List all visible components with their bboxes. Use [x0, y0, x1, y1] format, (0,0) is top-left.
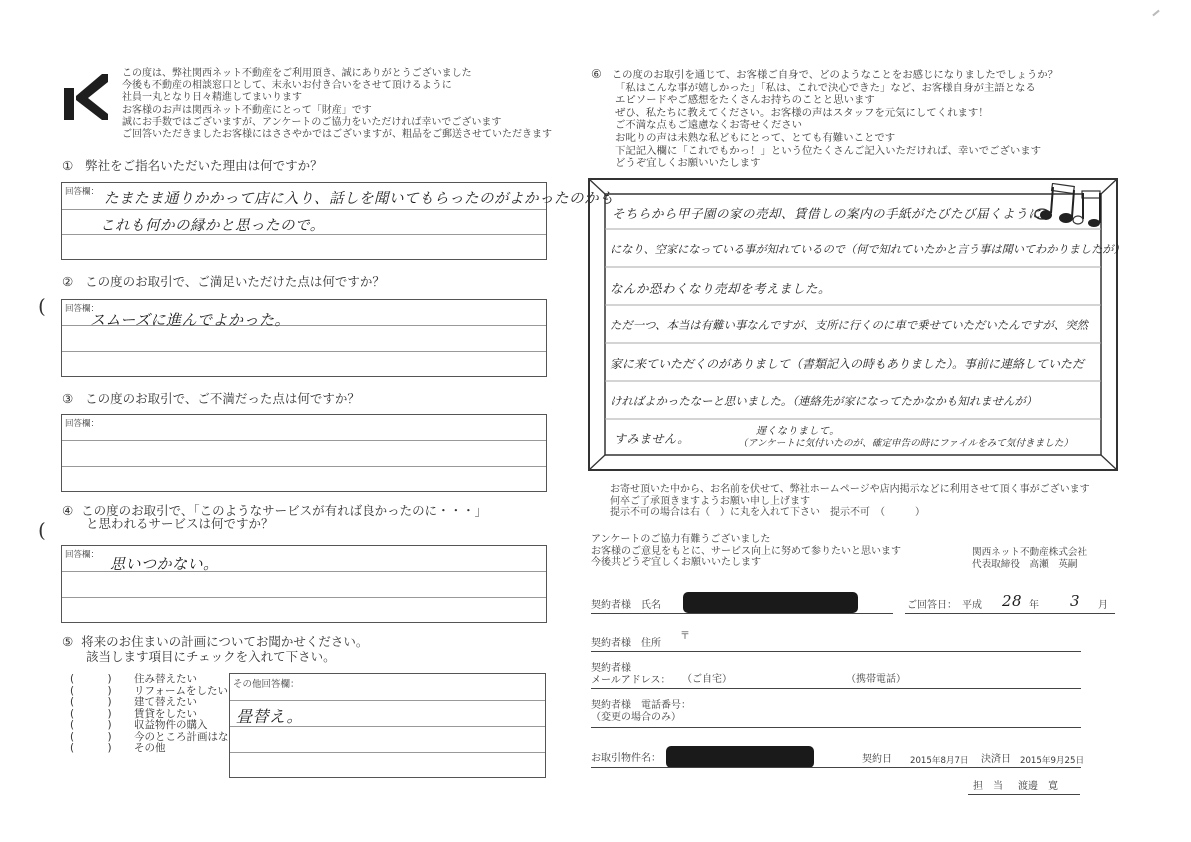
question-text: と思われるサービスは何ですか？: [62, 517, 487, 530]
handwritten-comment-line: ければよかったなーと思いました。（連絡先が家になってたかなかも知れませんが）: [610, 393, 1037, 409]
phone-label-line: 契約者様 電話番号：: [591, 700, 691, 712]
checkbox-parens[interactable]: ( ): [70, 674, 134, 686]
address-field[interactable]: [591, 651, 1081, 652]
email-mobile-label: （携帯電話）: [846, 674, 906, 686]
answer-box-4[interactable]: 回答欄： 思いつかない。: [61, 545, 547, 623]
handwritten-comment-line: ただ一つ、本当は有難い事なんですが、支所に行くのに車で乗せていただいたんですが、…: [610, 317, 1088, 333]
handwritten-answer: たまたま通りかかって店に入り、話しを聞いてもらったのがよかったのかも: [104, 187, 614, 208]
date-underline: [905, 613, 1115, 614]
company-logo: [64, 74, 108, 120]
question-text: ご不満な点もご遠慮なくお寄せください: [591, 119, 1058, 132]
question-text: 「私はこんな事が嬉しかった」「私は、これで決心できた」など、お客様自身が主語とな…: [591, 82, 1058, 95]
intro-line: ご回答いただきましたお客様にはささやかではございますが、粗品をご郵送させていただ…: [122, 129, 552, 141]
thanks-line: お客様のご意見をもとに、サービス向上に努めて参りたいと思います: [591, 546, 901, 558]
name-underline: [591, 613, 893, 614]
question-text: お叱りの声は未熟な私どもにとって、とても有難いことです: [591, 132, 1058, 145]
checkbox-parens[interactable]: ( ): [70, 697, 134, 709]
question-2: ② この度のお取引で、ご満足いただけた点は何ですか？: [62, 272, 385, 290]
checkbox-parens[interactable]: ( ): [70, 720, 134, 732]
question-number: ①: [62, 158, 73, 173]
disclosure-line: お寄せ頂いた中から、お名前を伏せて、弊社ホームページや店内掲示などに利用させて頂…: [610, 484, 1090, 496]
email-label-line: メールアドレス：: [591, 675, 671, 687]
checkbox-parens[interactable]: ( ): [70, 743, 134, 755]
disclosure-line[interactable]: 提示不可の場合は右（ ）に丸を入れて下さい 提示不可 （ ）: [610, 507, 1090, 519]
question-3: ③ この度のお取引で、ご不満だった点は何ですか？: [62, 389, 360, 407]
contract-date: 2015年8月7日: [910, 755, 969, 767]
question-text: ぜひ、私たちに教えてください。お客様の声はスタッフを元気にしてくれます！: [591, 107, 1058, 120]
handwritten-comment-line: になり、空家になっている事が知れているので（何で知れていたかと言う事は聞いてわか…: [610, 241, 1125, 257]
answer-label: 回答欄：: [65, 548, 99, 560]
phone-label-line: （変更の場合のみ）: [591, 712, 691, 724]
intro-line: 社員一丸となり日々精進してまいります: [122, 92, 552, 104]
question-text: 将来のお住まいの計画についてお聞かせください。: [81, 634, 368, 649]
plan-option-label: 住み替えたい: [134, 673, 197, 685]
question-text: この度のお取引で、ご満足いただけた点は何ですか？: [85, 274, 385, 289]
answer-label: 回答欄：: [65, 417, 99, 429]
handwritten-answer: 畳替え。: [236, 704, 303, 727]
thanks-message: アンケートのご協力有難うございました お客様のご意見をもとに、サービス向上に努め…: [591, 534, 901, 569]
question-4: ④ この度のお取引で、「このようなサービスが有れば良かったのに・・・」 と思われ…: [62, 504, 487, 530]
handwritten-answer: スムーズに進んでよかった。: [90, 309, 290, 330]
handwritten-comment-line: 家に来ていただくのがありまして（書類記入の時もありました）。事前に連絡していただ: [610, 355, 1084, 372]
handwritten-note: （アンケートに気付いたのが、確定申告の時にファイルをみて気付きました）: [738, 435, 1073, 449]
answer-date-era: 平成: [962, 600, 982, 612]
staff-underline: [968, 794, 1080, 795]
intro-text: この度は、弊社関西ネット不動産をご利用頂き、誠にありがとうございました 今後も不…: [122, 68, 552, 141]
question-number: ⑥: [591, 67, 602, 81]
other-answer-box[interactable]: その他回答欄： 畳替え。: [229, 673, 546, 778]
handwritten-answer: これも何かの縁かと思ったので。: [100, 214, 325, 235]
question-number: ④: [62, 503, 73, 518]
answer-box-2[interactable]: 回答欄： スムーズに進んでよかった。: [61, 299, 547, 377]
month-unit: 月: [1098, 600, 1108, 612]
company-signature: 関西ネット不動産株式会社 代表取締役 高瀬 英嗣: [972, 547, 1087, 570]
plan-option[interactable]: ( )その他: [70, 743, 166, 755]
other-answer-label: その他回答欄：: [233, 676, 300, 690]
plan-option-label: 収益物件の購入: [134, 719, 208, 731]
phone-label: 契約者様 電話番号： （変更の場合のみ）: [591, 700, 691, 723]
question-number: ③: [62, 391, 73, 406]
intro-line: 今後も不動産の相談窓口として、末永いお付き合いをさせて頂けるように: [122, 80, 552, 92]
plan-option-label: リフォームをしたい: [134, 685, 228, 697]
disclosure-line: 何卒ご了承頂きますようお願い申し上げます: [610, 496, 1090, 508]
answer-box-3[interactable]: 回答欄：: [61, 414, 547, 492]
answer-date-year[interactable]: 28: [1002, 592, 1022, 610]
intro-line: 誠にお手数ではございますが、アンケートのご協力をいただければ幸いでございます: [122, 117, 552, 129]
phone-field[interactable]: [591, 727, 1081, 728]
plan-option-label: 賃貸をしたい: [134, 708, 197, 720]
email-field[interactable]: [591, 688, 1081, 689]
settlement-date: 2015年9月25日: [1020, 755, 1084, 767]
question-text: この度のお取引を通じて、お客様ご自身で、どのようなことをお感じになりましたでしょ…: [612, 69, 1058, 81]
thanks-line: 今後共どうぞ宜しくお願いいたします: [591, 557, 901, 569]
handwritten-answer: 思いつかない。: [110, 553, 219, 574]
answer-date-label: ご回答日：: [907, 600, 957, 612]
staff-label: 担 当: [973, 781, 1003, 793]
intro-line: お客様のお声は関西ネット不動産にとって「財産」です: [122, 105, 552, 117]
contract-date-label: 契約日: [862, 754, 892, 766]
email-label-line: 契約者様: [591, 663, 671, 675]
music-notes-icon: [1034, 183, 1106, 227]
redacted-name: [683, 592, 858, 613]
property-underline: [591, 767, 1081, 768]
margin-mark: (: [38, 518, 46, 542]
intro-line: この度は、弊社関西ネット不動産をご利用頂き、誠にありがとうございました: [122, 68, 552, 80]
question-text: この度のお取引で、ご不満だった点は何ですか？: [85, 391, 360, 406]
margin-mark: (: [38, 294, 46, 318]
plan-option-label: その他: [134, 742, 166, 754]
question-text: 該当します項目にチェックを入れて下さい。: [62, 649, 368, 664]
answer-date-month[interactable]: 3: [1070, 592, 1080, 610]
settlement-date-label: 決済日: [981, 754, 1011, 766]
answer-box-1[interactable]: 回答欄： たまたま通りかかって店に入り、話しを聞いてもらったのがよかったのかも …: [61, 182, 547, 260]
postal-mark: 〒: [680, 631, 690, 643]
thanks-line: アンケートのご協力有難うございました: [591, 534, 901, 546]
question-number: ⑤: [62, 634, 73, 649]
scan-mark: [1152, 10, 1159, 17]
question-number: ②: [62, 274, 73, 289]
question-text: 下記記入欄に「これでもかっ！」という位たくさんご記入いただければ、幸いでございま…: [591, 145, 1058, 158]
contractor-address-label: 契約者様 住所: [591, 638, 661, 650]
email-home-label: （ご自宅）: [682, 674, 732, 686]
contractor-name-label: 契約者様 氏名: [591, 600, 661, 612]
handwritten-comment-line: なんか恐わくなり売却を考えました。: [610, 279, 831, 297]
handwritten-comment-line: すみません。: [614, 430, 690, 447]
disclosure-notice: お寄せ頂いた中から、お名前を伏せて、弊社ホームページや店内掲示などに利用させて頂…: [610, 484, 1090, 519]
email-label: 契約者様 メールアドレス：: [591, 663, 671, 686]
redacted-property: [666, 746, 814, 768]
question-text: エピソードやご感想をたくさんお持ちのことと思います: [591, 94, 1058, 107]
comment-frame[interactable]: そちらから甲子園の家の売却、賃借しの案内の手紙がたびたび届くように になり、空家…: [588, 178, 1118, 471]
question-6: ⑥ この度のお取引を通じて、お客様ご自身で、どのようなことをお感じになりましたで…: [591, 68, 1058, 170]
property-label: お取引物件名：: [591, 753, 661, 765]
company-name: 関西ネット不動産株式会社: [972, 547, 1087, 559]
year-unit: 年: [1029, 600, 1039, 612]
question-text: 弊社をご指名いただいた理由は何ですか？: [85, 158, 323, 173]
question-text: どうぞ宜しくお願いいたします: [591, 157, 1058, 170]
handwritten-comment-line: そちらから甲子園の家の売却、賃借しの案内の手紙がたびたび届くように: [612, 204, 1041, 222]
question-1: ① 弊社をご指名いただいた理由は何ですか？: [62, 156, 323, 174]
representative-name: 代表取締役 高瀬 英嗣: [972, 559, 1087, 571]
logo-k-icon: [64, 74, 108, 120]
staff-name: 渡邊 寛: [1018, 781, 1058, 793]
plan-option-label: 今のところ計画はない: [134, 731, 239, 743]
question-5: ⑤ 将来のお住まいの計画についてお聞かせください。 該当します項目にチェックを入…: [62, 634, 368, 664]
plan-option-label: 建て替えたい: [134, 696, 197, 708]
answer-label: 回答欄：: [65, 185, 99, 197]
